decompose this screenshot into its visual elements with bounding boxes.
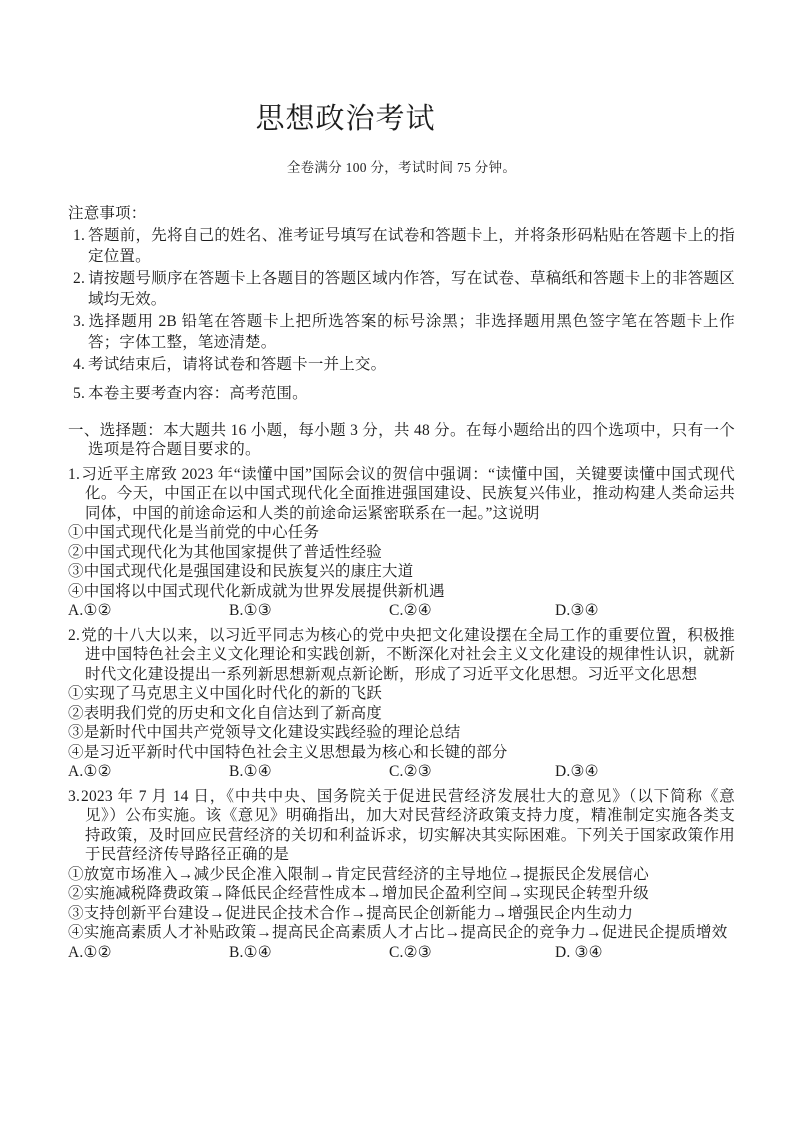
note-item-1: 1.答题前，先将自己的姓名、准考证号填写在试卷和答题卡上，并将条形码粘贴在答题卡… bbox=[68, 225, 735, 268]
choice-a: A.①② bbox=[68, 943, 229, 963]
question-stem-text: 习近平主席致 2023 年“读懂中国”国际会议的贺信中强调：“读懂中国，关键要读… bbox=[81, 466, 735, 522]
multiple-choice-section: 一、选择题：本大题共 16 小题，每小题 3 分，共 48 分。在每小题给出的四… bbox=[68, 421, 735, 963]
question-stem: 2.党的十八大以来，以习近平同志为核心的党中央把文化建设摆在全局工作的重要位置，… bbox=[68, 626, 735, 685]
question-1: 1.习近平主席致 2023 年“读懂中国”国际会议的贺信中强调：“读懂中国，关键… bbox=[68, 465, 735, 621]
statement-item-1: ①实现了马克思主义中国化时代化的新的飞跃 bbox=[68, 684, 735, 704]
question-number: 1. bbox=[68, 466, 80, 483]
exam-subtitle: 全卷满分 100 分，考试时间 75 分钟。 bbox=[68, 159, 735, 177]
note-number: 5. bbox=[73, 385, 85, 402]
choice-b: B.①④ bbox=[229, 762, 389, 782]
section-one-header: 一、选择题：本大题共 16 小题，每小题 3 分，共 48 分。在每小题给出的四… bbox=[68, 421, 735, 460]
statement-item-3: ③支持创新平台建设→促进民企技术合作→提高民企创新能力→增强民企内生动力 bbox=[68, 904, 735, 924]
question-2: 2.党的十八大以来，以习近平同志为核心的党中央把文化建设摆在全局工作的重要位置，… bbox=[68, 626, 735, 782]
choice-b: B.①④ bbox=[229, 943, 389, 963]
note-item-3: 3.选择题用 2B 铅笔在答题卡上把所选答案的标号涂黑；非选择题用黑色签字笔在答… bbox=[68, 311, 735, 354]
choice-a: A.①② bbox=[68, 762, 229, 782]
note-item-4: 4.考试结束后，请将试卷和答题卡一并上交。 bbox=[68, 354, 735, 376]
statement-item-1: ①放宽市场准入→减少民企准入限制→肯定民营经济的主导地位→提振民企发展信心 bbox=[68, 865, 735, 885]
choices-row: A.①② B.①④ C.②③ D. ③④ bbox=[68, 943, 735, 963]
section-title: 选择题：本大题共 16 小题，每小题 3 分，共 48 分。在每小题给出的四个选… bbox=[88, 422, 735, 459]
choice-d: D.③④ bbox=[555, 601, 735, 621]
statement-item-3: ③是新时代中国共产党领导文化建设实践经验的理论总结 bbox=[68, 723, 735, 743]
statement-item-4: ④是习近平新时代中国特色社会主义思想最为核心和长键的部分 bbox=[68, 743, 735, 763]
statement-item-4: ④中国将以中国式现代化新成就为世界发展提供新机遇 bbox=[68, 582, 735, 602]
choice-c: C.②④ bbox=[389, 601, 555, 621]
choice-b: B.①③ bbox=[229, 601, 389, 621]
page-title: 思想政治考试 bbox=[12, 100, 679, 138]
question-3: 3.2023 年 7 月 14 日，《中共中央、国务院关于促进民营经济发展壮大的… bbox=[68, 787, 735, 963]
note-text: 请按题号顺序在答题卡上各题目的答题区域内作答，写在试卷、草稿纸和答题卡上的非答题… bbox=[88, 270, 735, 309]
question-stem-text: 党的十八大以来，以习近平同志为核心的党中央把文化建设摆在全局工作的重要位置，积极… bbox=[81, 627, 735, 683]
choice-d: D. ③④ bbox=[555, 943, 735, 963]
choice-d: D.③④ bbox=[555, 762, 735, 782]
choice-a: A.①② bbox=[68, 601, 229, 621]
question-stem: 1.习近平主席致 2023 年“读懂中国”国际会议的贺信中强调：“读懂中国，关键… bbox=[68, 465, 735, 524]
note-text: 考试结束后，请将试卷和答题卡一并上交。 bbox=[88, 356, 386, 373]
note-item-5: 5.本卷主要考查内容：高考范围。 bbox=[68, 383, 735, 405]
note-item-2: 2.请按题号顺序在答题卡上各题目的答题区域内作答，写在试卷、草稿纸和答题卡上的非… bbox=[68, 268, 735, 311]
statement-item-1: ①中国式现代化是当前党的中心任务 bbox=[68, 523, 735, 543]
statement-item-2: ②表明我们党的历史和文化自信达到了新高度 bbox=[68, 704, 735, 724]
notes-header: 注意事项： bbox=[68, 203, 735, 225]
note-text: 答题前，先将自己的姓名、准考证号填写在试卷和答题卡上，并将条形码粘贴在答题卡上的… bbox=[88, 227, 735, 266]
note-text: 选择题用 2B 铅笔在答题卡上把所选答案的标号涂黑；非选择题用黑色签字笔在答题卡… bbox=[88, 313, 735, 352]
notes-section: 注意事项： 1.答题前，先将自己的姓名、准考证号填写在试卷和答题卡上，并将条形码… bbox=[68, 203, 735, 405]
choices-row: A.①② B.①③ C.②④ D.③④ bbox=[68, 601, 735, 621]
note-number: 3. bbox=[73, 313, 85, 330]
question-stem-text: 2023 年 7 月 14 日，《中共中央、国务院关于促进民营经济发展壮大的意见… bbox=[81, 788, 735, 864]
statement-item-3: ③中国式现代化是强国建设和民族复兴的康庄大道 bbox=[68, 562, 735, 582]
question-number: 3. bbox=[68, 788, 80, 805]
exam-paper-page: 思想政治考试 全卷满分 100 分，考试时间 75 分钟。 注意事项： 1.答题… bbox=[0, 0, 793, 1121]
section-number: 一、 bbox=[68, 422, 100, 439]
question-number: 2. bbox=[68, 627, 80, 644]
statement-item-2: ②中国式现代化为其他国家提供了普适性经验 bbox=[68, 543, 735, 563]
question-stem: 3.2023 年 7 月 14 日，《中共中央、国务院关于促进民营经济发展壮大的… bbox=[68, 787, 735, 865]
note-number: 1. bbox=[73, 227, 85, 244]
choice-c: C.②③ bbox=[389, 943, 555, 963]
note-text: 本卷主要考查内容：高考范围。 bbox=[88, 385, 308, 402]
statement-item-4: ④实施高素质人才补贴政策→提高民企高素质人才占比→提高民企的竞争力→促进民企提质… bbox=[68, 923, 735, 943]
note-number: 2. bbox=[73, 270, 85, 287]
statement-item-2: ②实施减税降费政策→降低民企经营性成本→增加民企盈利空间→实现民企转型升级 bbox=[68, 884, 735, 904]
choice-c: C.②③ bbox=[389, 762, 555, 782]
note-number: 4. bbox=[73, 356, 85, 373]
choices-row: A.①② B.①④ C.②③ D.③④ bbox=[68, 762, 735, 782]
